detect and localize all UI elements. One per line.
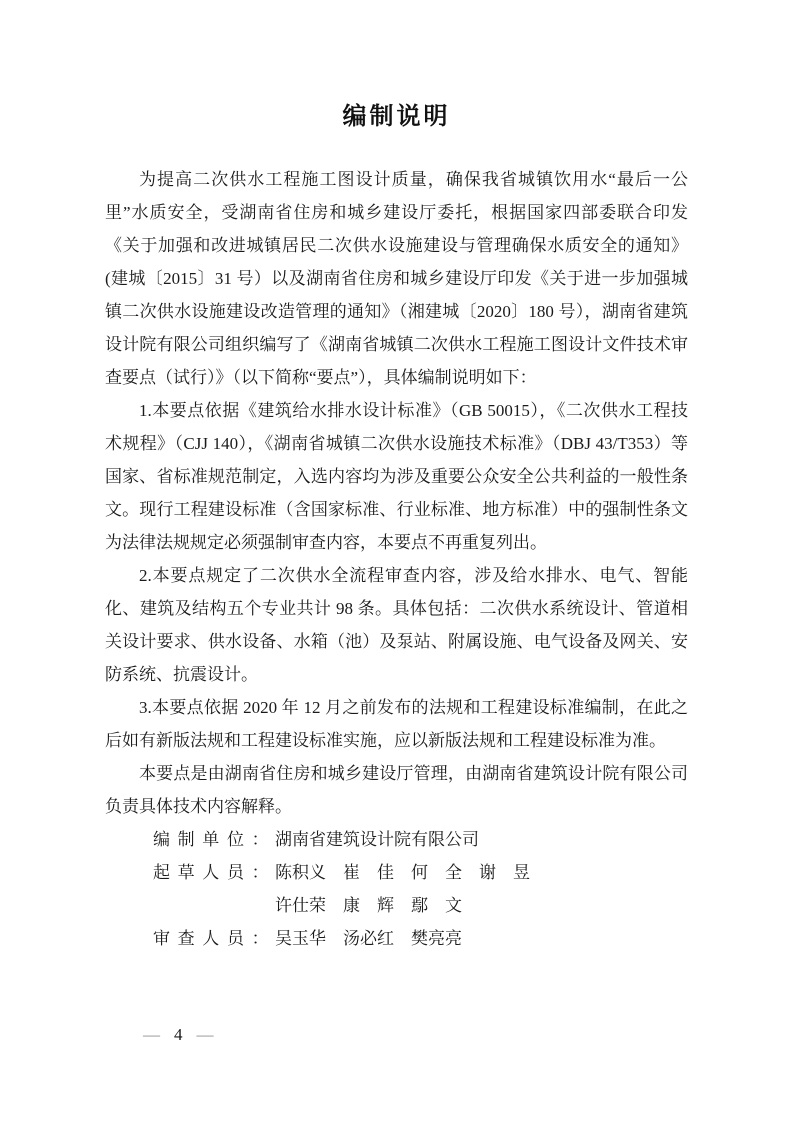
page-number: 4 [174,1025,183,1044]
page-footer: —4— [143,1018,214,1051]
paragraph-item-3: 3.本要点依据 2020 年 12 月之前发布的法规和工程建设标准编制，在此之后… [105,691,688,757]
credit-row-reviewers: 审查人员：吴玉华 汤必红 樊亮亮 [105,922,688,955]
credit-label-drafters: 起草人员： [153,856,275,889]
credit-row-drafters-continued: 许仕荣 康 辉 鄢 文 [105,889,688,922]
credit-value-compiling-unit: 湖南省建筑设计院有限公司 [275,823,479,856]
paragraph-item-1: 1.本要点依据《建筑给水排水设计标准》（GB 50015），《二次供水工程技术规… [105,394,688,559]
document-body: 为提高二次供水工程施工图设计质量，确保我省城镇饮用水“最后一公里”水质安全，受湖… [105,163,688,955]
document-page: 编制说明 为提高二次供水工程施工图设计质量，确保我省城镇饮用水“最后一公里”水质… [0,0,793,1122]
credit-label-reviewers: 审查人员： [153,922,275,955]
paragraph-intro: 为提高二次供水工程施工图设计质量，确保我省城镇饮用水“最后一公里”水质安全，受湖… [105,163,688,394]
paragraph-item-2: 2.本要点规定了二次供水全流程审查内容，涉及给水排水、电气、智能化、建筑及结构五… [105,559,688,691]
paragraph-closing: 本要点是由湖南省住房和城乡建设厅管理，由湖南省建筑设计院有限公司负责具体技术内容… [105,757,688,823]
credit-value-drafters-line1: 陈积义 崔 佳 何 全 谢 昱 [275,856,530,889]
credit-value-drafters-line2: 许仕荣 康 辉 鄢 文 [275,889,462,922]
page-title: 编制说明 [0,0,793,133]
credit-value-reviewers: 吴玉华 汤必红 樊亮亮 [275,922,462,955]
credits-block: 编制单位：湖南省建筑设计院有限公司 起草人员：陈积义 崔 佳 何 全 谢 昱 许… [105,823,688,955]
credit-label-compiling-unit: 编制单位： [153,823,275,856]
footer-right-dash: — [197,1025,214,1044]
credit-row-drafters: 起草人员：陈积义 崔 佳 何 全 谢 昱 [105,856,688,889]
credit-row-compiling-unit: 编制单位：湖南省建筑设计院有限公司 [105,823,688,856]
footer-left-dash: — [143,1025,160,1044]
